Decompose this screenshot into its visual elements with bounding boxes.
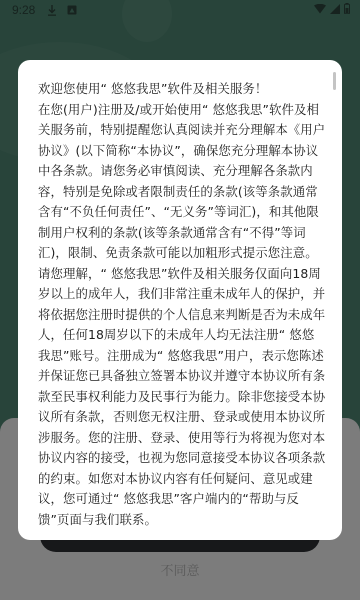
user-agreement-dialog: 欢迎您使用“ 悠悠我思”软件及相关服务！ 在您(用户)注册及/或开始使用“ 悠悠… xyxy=(18,60,342,540)
download-icon xyxy=(47,5,57,16)
disagree-button[interactable]: 不同意 xyxy=(0,560,360,584)
agreement-text[interactable]: 欢迎您使用“ 悠悠我思”软件及相关服务！ 在您(用户)注册及/或开始使用“ 悠悠… xyxy=(38,79,326,540)
signal-icon xyxy=(330,4,340,17)
notification-app-icon xyxy=(67,5,77,15)
status-time: 9:28 xyxy=(12,3,35,17)
agreement-body: 在您(用户)注册及/或开始使用“ 悠悠我思”软件及相关服务前，特别提醒您认真阅读… xyxy=(38,100,326,531)
status-bar: 9:28 xyxy=(0,0,360,20)
agreement-welcome: 欢迎您使用“ 悠悠我思”软件及相关服务！ xyxy=(38,79,326,100)
scrollbar[interactable] xyxy=(333,72,336,90)
wifi-icon xyxy=(314,4,326,17)
battery-icon xyxy=(344,3,350,17)
